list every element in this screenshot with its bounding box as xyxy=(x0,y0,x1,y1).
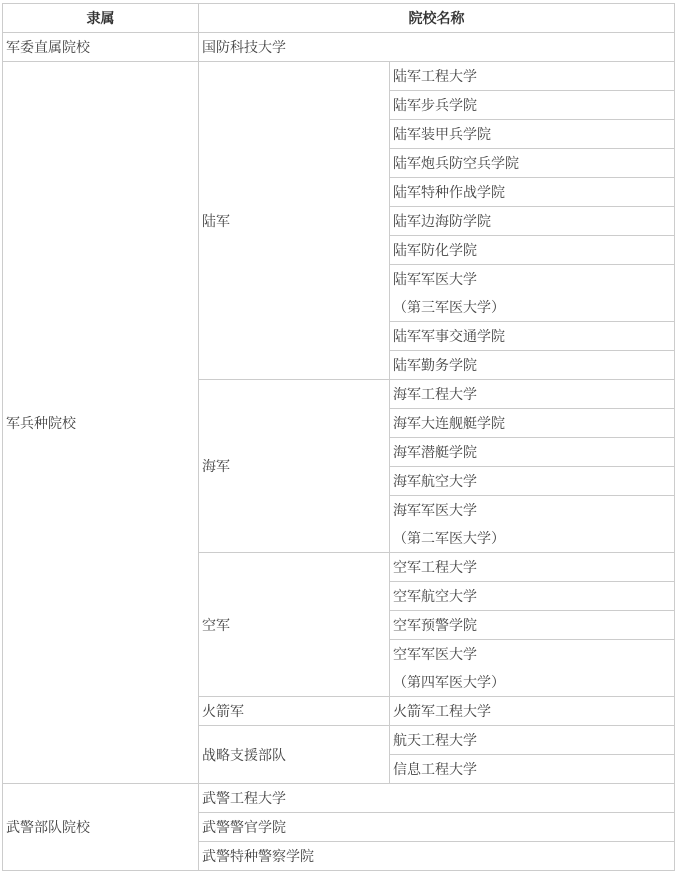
school-cell: 海军潜艇学院 xyxy=(390,438,675,467)
school-cell: 武警警官学院 xyxy=(199,813,675,842)
header-school-name: 院校名称 xyxy=(199,4,675,33)
branch-cell: 海军 xyxy=(199,380,390,553)
school-cell: 武警特种警察学院 xyxy=(199,842,675,871)
school-cell: 陆军勤务学院 xyxy=(390,351,675,380)
school-cell: 空军工程大学 xyxy=(390,553,675,582)
school-cell: 海军工程大学 xyxy=(390,380,675,409)
school-cell: 陆军特种作战学院 xyxy=(390,178,675,207)
school-cell: 武警工程大学 xyxy=(199,784,675,813)
school-cell: 火箭军工程大学 xyxy=(390,697,675,726)
branch-cell: 战略支援部队 xyxy=(199,726,390,784)
school-cell: 海军航空大学 xyxy=(390,467,675,496)
school-cell: 空军军医大学 （第四军医大学） xyxy=(390,640,675,697)
military-schools-table: 隶属 院校名称 军委直属院校 国防科技大学 军兵种院校 陆军 陆军工程大学 陆军… xyxy=(2,3,675,871)
school-cell: 海军军医大学 （第二军医大学） xyxy=(390,496,675,553)
school-cell: 陆军军事交通学院 xyxy=(390,322,675,351)
school-cell: 空军航空大学 xyxy=(390,582,675,611)
school-cell: 陆军边海防学院 xyxy=(390,207,675,236)
branch-cell: 陆军 xyxy=(199,62,390,380)
school-cell: 陆军工程大学 xyxy=(390,62,675,91)
affiliation-cell: 军委直属院校 xyxy=(3,33,199,62)
school-cell: 空军预警学院 xyxy=(390,611,675,640)
school-cell: 陆军装甲兵学院 xyxy=(390,120,675,149)
school-cell: 信息工程大学 xyxy=(390,755,675,784)
branch-cell: 空军 xyxy=(199,553,390,697)
school-cell: 陆军防化学院 xyxy=(390,236,675,265)
school-cell: 国防科技大学 xyxy=(199,33,675,62)
header-affiliation: 隶属 xyxy=(3,4,199,33)
affiliation-cell: 武警部队院校 xyxy=(3,784,199,871)
table-row: 军委直属院校 国防科技大学 xyxy=(3,33,675,62)
school-cell: 陆军步兵学院 xyxy=(390,91,675,120)
table-row: 军兵种院校 陆军 陆军工程大学 xyxy=(3,62,675,91)
school-cell: 海军大连舰艇学院 xyxy=(390,409,675,438)
table-row: 武警部队院校 武警工程大学 xyxy=(3,784,675,813)
school-cell: 陆军炮兵防空兵学院 xyxy=(390,149,675,178)
school-cell: 航天工程大学 xyxy=(390,726,675,755)
table-header-row: 隶属 院校名称 xyxy=(3,4,675,33)
branch-cell: 火箭军 xyxy=(199,697,390,726)
school-cell: 陆军军医大学 （第三军医大学） xyxy=(390,265,675,322)
affiliation-cell: 军兵种院校 xyxy=(3,62,199,784)
